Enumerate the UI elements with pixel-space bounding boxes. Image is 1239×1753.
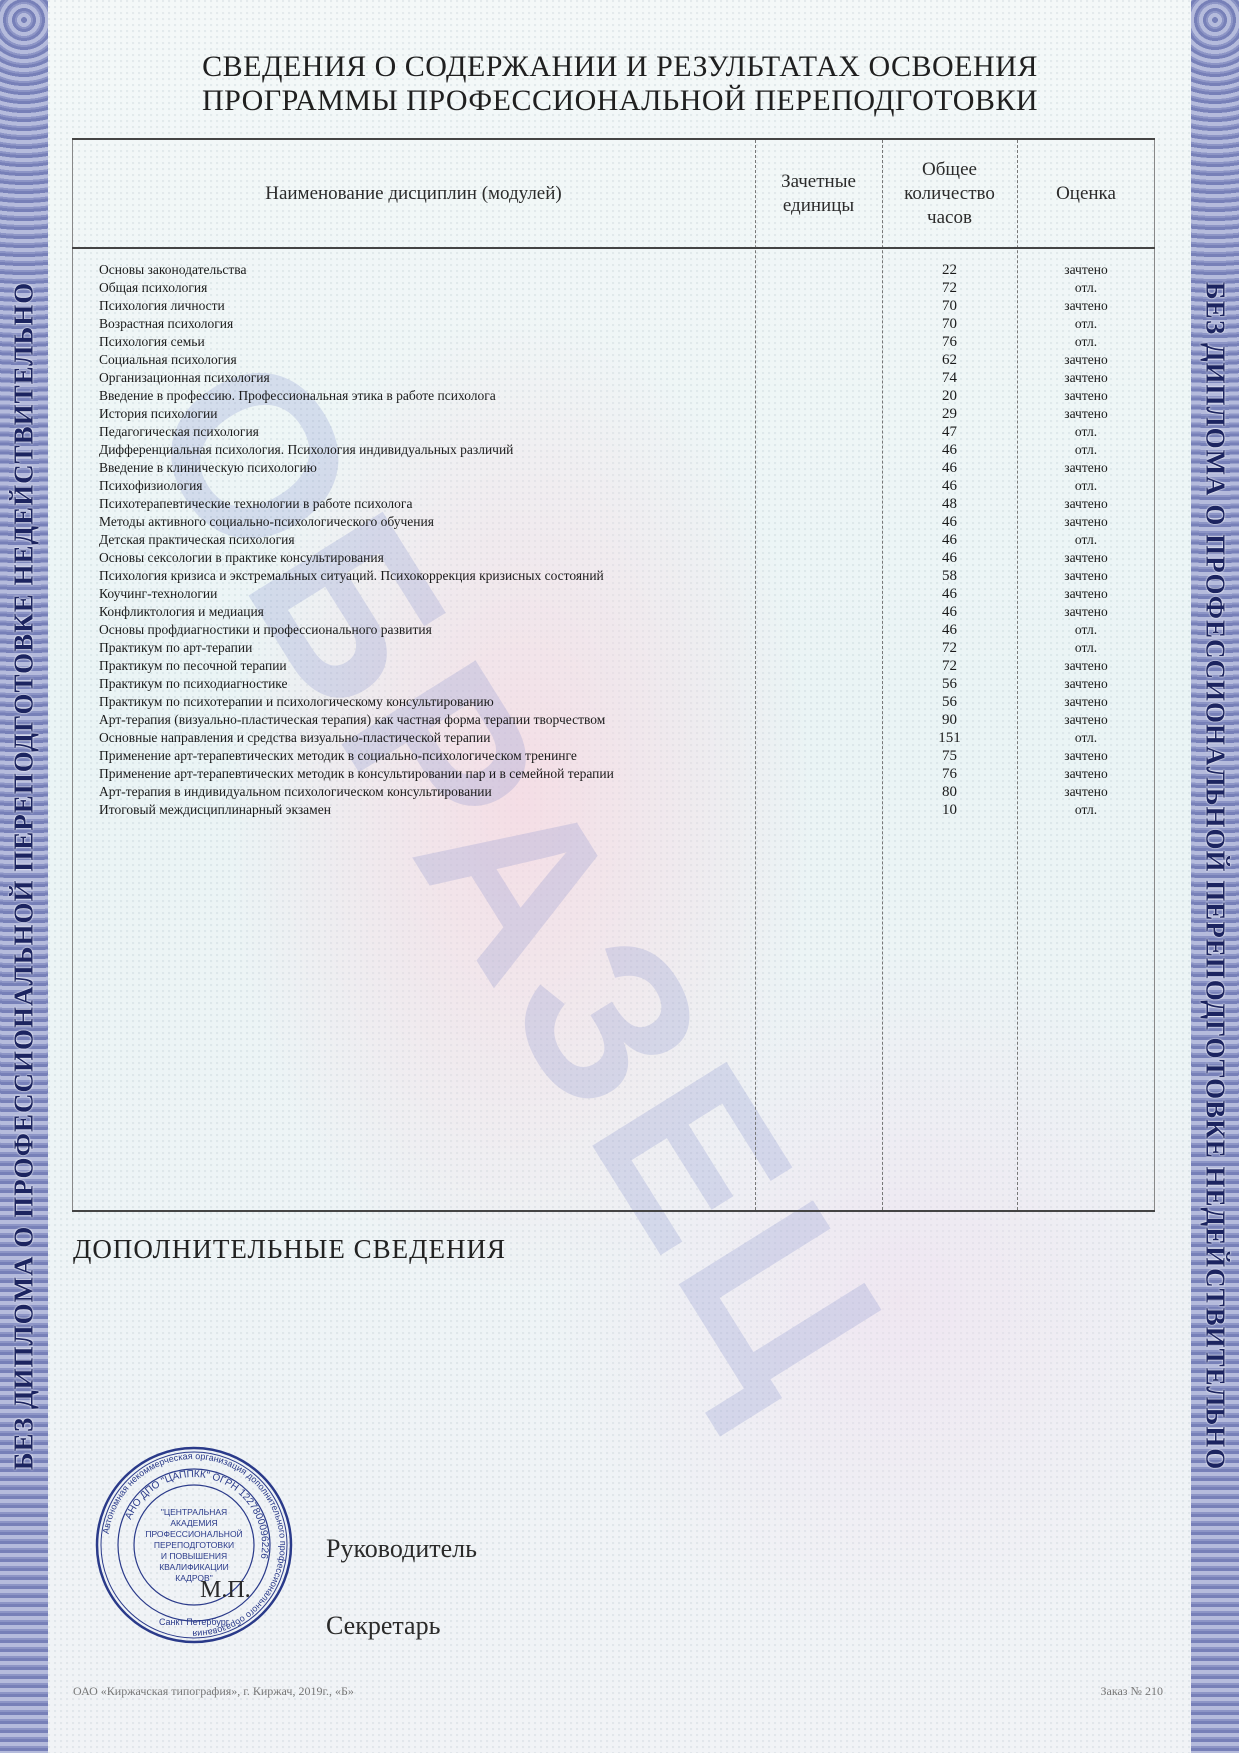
- discipline-name: Введение в клиническую психологию: [99, 459, 749, 477]
- discipline-name: Дифференциальная психология. Психология …: [99, 441, 749, 459]
- total-hours: 20: [882, 387, 1017, 405]
- total-hours: 72: [882, 279, 1017, 297]
- discipline-name: Применение арт-терапевтических методик в…: [99, 765, 749, 783]
- table-row: Арт-терапия (визуально-пластическая тера…: [72, 711, 1155, 729]
- discipline-name: Практикум по арт-терапии: [99, 639, 749, 657]
- total-hours: 76: [882, 333, 1017, 351]
- total-hours: 46: [882, 459, 1017, 477]
- discipline-name: Психотерапевтические технологии в работе…: [99, 495, 749, 513]
- secretary-signature-label: Секретарь: [326, 1611, 440, 1641]
- table-header: Наименование дисциплин (модулей) Зачетны…: [72, 140, 1155, 249]
- printer-imprint: ОАО «Киржачская типография», г. Киржач, …: [73, 1684, 354, 1699]
- table-row: Психофизиология46отл.: [72, 477, 1155, 495]
- table-row: История психологии29зачтено: [72, 405, 1155, 423]
- additional-info-heading: ДОПОЛНИТЕЛЬНЫЕ СВЕДЕНИЯ: [73, 1234, 506, 1265]
- grade: зачтено: [1017, 585, 1155, 603]
- seal-inner-line: АКАДЕМИЯ: [170, 1518, 217, 1528]
- title-line-1: СВЕДЕНИЯ О СОДЕРЖАНИИ И РЕЗУЛЬТАТАХ ОСВО…: [120, 50, 1120, 84]
- table-row: Дифференциальная психология. Психология …: [72, 441, 1155, 459]
- table-row: Психология кризиса и экстремальных ситуа…: [72, 567, 1155, 585]
- header-total-hours: Общее количество часов: [882, 140, 1017, 247]
- table-row: Итоговый междисциплинарный экзамен10отл.: [72, 801, 1155, 819]
- grade: зачтено: [1017, 405, 1155, 423]
- discipline-name: Психология кризиса и экстремальных ситуа…: [99, 567, 749, 585]
- diploma-page: БЕЗ ДИПЛОМА О ПРОФЕССИОНАЛЬНОЙ ПЕРЕПОДГО…: [0, 0, 1239, 1753]
- table-row: Психотерапевтические технологии в работе…: [72, 495, 1155, 513]
- seal-inner-line: "ЦЕНТРАЛЬНАЯ: [161, 1507, 227, 1517]
- order-number: Заказ № 210: [1100, 1684, 1163, 1699]
- total-hours: 46: [882, 621, 1017, 639]
- header-discipline-name: Наименование дисциплин (модулей): [72, 140, 755, 247]
- total-hours: 48: [882, 495, 1017, 513]
- grade: зачтено: [1017, 567, 1155, 585]
- seal-city: Санкт Петербург: [159, 1617, 230, 1627]
- table-row: Организационная психология74зачтено: [72, 369, 1155, 387]
- grade: зачтено: [1017, 513, 1155, 531]
- total-hours: 80: [882, 783, 1017, 801]
- total-hours: 46: [882, 513, 1017, 531]
- discipline-name: Коучинг-технологии: [99, 585, 749, 603]
- discipline-name: Социальная психология: [99, 351, 749, 369]
- grade: отл.: [1017, 477, 1155, 495]
- discipline-name: Основы сексологии в практике консультиро…: [99, 549, 749, 567]
- table-row: Арт-терапия в индивидуальном психологиче…: [72, 783, 1155, 801]
- discipline-name: Общая психология: [99, 279, 749, 297]
- title-line-2: ПРОГРАММЫ ПРОФЕССИОНАЛЬНОЙ ПЕРЕПОДГОТОВК…: [120, 84, 1120, 118]
- table-row: Введение в профессию. Профессиональная э…: [72, 387, 1155, 405]
- total-hours: 70: [882, 315, 1017, 333]
- total-hours: 46: [882, 531, 1017, 549]
- official-seal: Автономная некоммерческая организация до…: [94, 1445, 294, 1645]
- grade: зачтено: [1017, 603, 1155, 621]
- grade: зачтено: [1017, 657, 1155, 675]
- total-hours: 46: [882, 603, 1017, 621]
- seal-inner-line: ПРОФЕССИОНАЛЬНОЙ: [145, 1528, 242, 1539]
- discipline-name: Педагогическая психология: [99, 423, 749, 441]
- header-grade: Оценка: [1017, 140, 1155, 247]
- table-row: Введение в клиническую психологию46зачте…: [72, 459, 1155, 477]
- left-security-border: БЕЗ ДИПЛОМА О ПРОФЕССИОНАЛЬНОЙ ПЕРЕПОДГО…: [0, 0, 48, 1753]
- total-hours: 58: [882, 567, 1017, 585]
- discipline-name: Психология личности: [99, 297, 749, 315]
- total-hours: 56: [882, 675, 1017, 693]
- grade: отл.: [1017, 801, 1155, 819]
- table-row: Коучинг-технологии46зачтено: [72, 585, 1155, 603]
- table-row: Возрастная психология70отл.: [72, 315, 1155, 333]
- discipline-name: Арт-терапия в индивидуальном психологиче…: [99, 783, 749, 801]
- discipline-name: История психологии: [99, 405, 749, 423]
- grade: зачтено: [1017, 351, 1155, 369]
- discipline-name: Конфликтология и медиация: [99, 603, 749, 621]
- grade: зачтено: [1017, 459, 1155, 477]
- grade: отл.: [1017, 729, 1155, 747]
- seal-inner-text: "ЦЕНТРАЛЬНАЯАКАДЕМИЯПРОФЕССИОНАЛЬНОЙПЕРЕ…: [145, 1507, 242, 1583]
- total-hours: 74: [882, 369, 1017, 387]
- table-row: Основы профдиагностики и профессионально…: [72, 621, 1155, 639]
- seal-inner-line: КВАЛИФИКАЦИИ: [159, 1562, 229, 1572]
- table-row: Практикум по психотерапии и психологичес…: [72, 693, 1155, 711]
- header-credit-units-label: Зачетные единицы: [769, 170, 869, 218]
- total-hours: 75: [882, 747, 1017, 765]
- grade: зачтено: [1017, 369, 1155, 387]
- table-row: Применение арт-терапевтических методик в…: [72, 765, 1155, 783]
- total-hours: 47: [882, 423, 1017, 441]
- grade: зачтено: [1017, 711, 1155, 729]
- discipline-name: Возрастная психология: [99, 315, 749, 333]
- page-title: СВЕДЕНИЯ О СОДЕРЖАНИИ И РЕЗУЛЬТАТАХ ОСВО…: [120, 50, 1120, 118]
- grade: зачтено: [1017, 693, 1155, 711]
- table-row: Психология семьи76отл.: [72, 333, 1155, 351]
- table-row: Основы законодательства22зачтено: [72, 261, 1155, 279]
- table-row: Педагогическая психология47отл.: [72, 423, 1155, 441]
- table-row: Основы сексологии в практике консультиро…: [72, 549, 1155, 567]
- discipline-name: Практикум по психотерапии и психологичес…: [99, 693, 749, 711]
- grade: отл.: [1017, 315, 1155, 333]
- total-hours: 56: [882, 693, 1017, 711]
- right-security-border: БЕЗ ДИПЛОМА О ПРОФЕССИОНАЛЬНОЙ ПЕРЕПОДГО…: [1191, 0, 1239, 1753]
- seal-place-mark: М.П.: [200, 1577, 251, 1604]
- grade: отл.: [1017, 279, 1155, 297]
- grade: отл.: [1017, 441, 1155, 459]
- table-row: Основные направления и средства визуальн…: [72, 729, 1155, 747]
- discipline-name: Методы активного социально-психологическ…: [99, 513, 749, 531]
- table-row: Методы активного социально-психологическ…: [72, 513, 1155, 531]
- table-row: Практикум по песочной терапии72зачтено: [72, 657, 1155, 675]
- grade: зачтено: [1017, 549, 1155, 567]
- grade: зачтено: [1017, 675, 1155, 693]
- grade: отл.: [1017, 531, 1155, 549]
- header-credit-units: Зачетные единицы: [755, 140, 882, 247]
- total-hours: 72: [882, 657, 1017, 675]
- grade: зачтено: [1017, 765, 1155, 783]
- table-row: Практикум по психодиагностике56зачтено: [72, 675, 1155, 693]
- total-hours: 70: [882, 297, 1017, 315]
- right-border-text: БЕЗ ДИПЛОМА О ПРОФЕССИОНАЛЬНОЙ ПЕРЕПОДГО…: [1200, 282, 1231, 1470]
- seal-inner-line: И ПОВЫШЕНИЯ: [161, 1551, 227, 1561]
- total-hours: 22: [882, 261, 1017, 279]
- discipline-name: Основы законодательства: [99, 261, 749, 279]
- total-hours: 46: [882, 549, 1017, 567]
- total-hours: 46: [882, 585, 1017, 603]
- discipline-name: Основные направления и средства визуальн…: [99, 729, 749, 747]
- grade: зачтено: [1017, 783, 1155, 801]
- total-hours: 76: [882, 765, 1017, 783]
- table-row: Детская практическая психология46отл.: [72, 531, 1155, 549]
- total-hours: 72: [882, 639, 1017, 657]
- discipline-name: Арт-терапия (визуально-пластическая тера…: [99, 711, 749, 729]
- grade: отл.: [1017, 621, 1155, 639]
- grade: отл.: [1017, 423, 1155, 441]
- table-row: Психология личности70зачтено: [72, 297, 1155, 315]
- discipline-name: Итоговый междисциплинарный экзамен: [99, 801, 749, 819]
- discipline-name: Практикум по песочной терапии: [99, 657, 749, 675]
- table-row: Применение арт-терапевтических методик в…: [72, 747, 1155, 765]
- discipline-name: Детская практическая психология: [99, 531, 749, 549]
- grade: зачтено: [1017, 747, 1155, 765]
- discipline-name: Применение арт-терапевтических методик в…: [99, 747, 749, 765]
- total-hours: 46: [882, 477, 1017, 495]
- table-body: Основы законодательства22зачтеноОбщая пс…: [72, 261, 1155, 819]
- seal-inner-line: ПЕРЕПОДГОТОВКИ: [154, 1540, 234, 1550]
- total-hours: 29: [882, 405, 1017, 423]
- grade: отл.: [1017, 639, 1155, 657]
- table-row: Конфликтология и медиация46зачтено: [72, 603, 1155, 621]
- left-border-text: БЕЗ ДИПЛОМА О ПРОФЕССИОНАЛЬНОЙ ПЕРЕПОДГО…: [9, 282, 40, 1470]
- head-signature-label: Руководитель: [326, 1534, 477, 1564]
- total-hours: 10: [882, 801, 1017, 819]
- discipline-name: Психофизиология: [99, 477, 749, 495]
- discipline-name: Психология семьи: [99, 333, 749, 351]
- total-hours: 46: [882, 441, 1017, 459]
- grade: зачтено: [1017, 261, 1155, 279]
- grade: зачтено: [1017, 387, 1155, 405]
- total-hours: 151: [882, 729, 1017, 747]
- discipline-name: Основы профдиагностики и профессионально…: [99, 621, 749, 639]
- table-row: Социальная психология62зачтено: [72, 351, 1155, 369]
- discipline-name: Практикум по психодиагностике: [99, 675, 749, 693]
- grade: зачтено: [1017, 297, 1155, 315]
- total-hours: 62: [882, 351, 1017, 369]
- grade: отл.: [1017, 333, 1155, 351]
- discipline-name: Организационная психология: [99, 369, 749, 387]
- discipline-name: Введение в профессию. Профессиональная э…: [99, 387, 749, 405]
- disciplines-table: Наименование дисциплин (модулей) Зачетны…: [72, 138, 1155, 1212]
- total-hours: 90: [882, 711, 1017, 729]
- table-row: Практикум по арт-терапии72отл.: [72, 639, 1155, 657]
- header-total-hours-label: Общее количество часов: [895, 158, 1005, 230]
- table-row: Общая психология72отл.: [72, 279, 1155, 297]
- grade: зачтено: [1017, 495, 1155, 513]
